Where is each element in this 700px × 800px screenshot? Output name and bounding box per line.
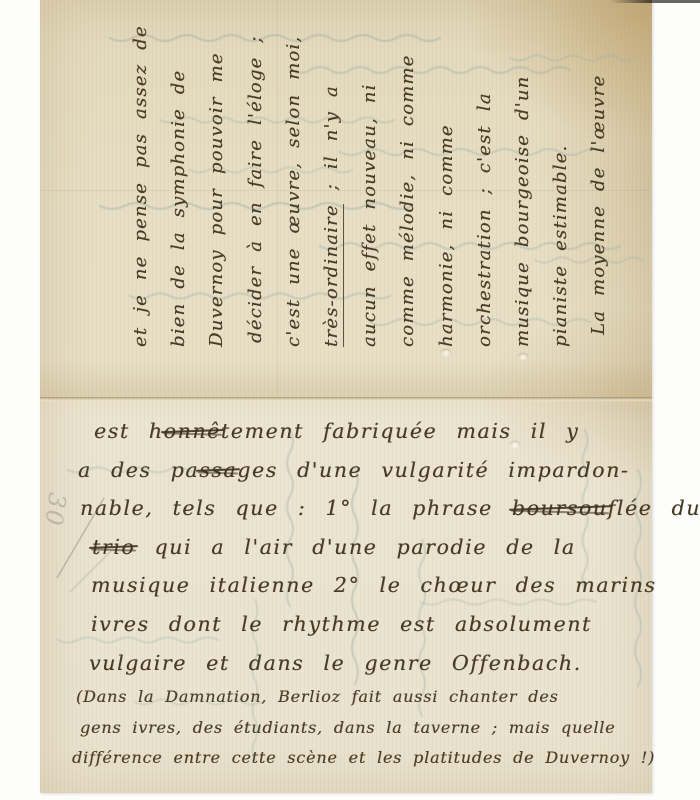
text-run: vulgaire et dans le genre Offenbach. xyxy=(89,651,582,675)
text-run: est h xyxy=(94,419,164,443)
scan-background: et je ne pense pas assez debien de la sy… xyxy=(0,0,700,800)
text-run: nable, tels que : 1° la phrase xyxy=(80,496,512,520)
struck-text-run: boursou xyxy=(512,496,608,520)
handwritten-line: gens ivres, des étudiants, dans la taver… xyxy=(80,713,676,744)
text-run: a des pa xyxy=(78,458,199,482)
handwritten-text-block: est honnêtement fabriquée mais il ya des… xyxy=(76,412,676,774)
handwritten-line: ivres dont le rhythme est absolument xyxy=(91,605,676,644)
text-run: gens ivres, des étudiants, dans la taver… xyxy=(80,718,615,737)
text-run: musique bourgeoise d'un xyxy=(512,76,533,347)
rotated-handwritten-line: harmonie, ni comme xyxy=(428,5,466,347)
fold-crease-main xyxy=(40,397,652,402)
struck-text-run: ssa xyxy=(199,458,237,482)
text-run: orchestration ; c'est la xyxy=(474,92,495,347)
text-run: bien de la symphonie de xyxy=(168,70,189,347)
struck-text-run: trio xyxy=(92,535,135,559)
handwritten-line: musique italienne 2° le chœur des marins xyxy=(91,566,676,605)
rotated-handwritten-line: musique bourgeoise d'un xyxy=(504,5,542,347)
text-run: comme mélodie, ni comme xyxy=(397,55,418,348)
handwritten-line: différence entre cette scène et les plat… xyxy=(72,743,676,774)
text-run: ges d'une vulgarité impardon- xyxy=(237,458,629,482)
rotated-handwritten-line: Duvernoy pour pouvoir me xyxy=(198,5,236,347)
text-run: qui a l'air d'une parodie de la xyxy=(135,535,575,559)
handwritten-line: a des passages d'une vulgarité impardon- xyxy=(78,451,676,490)
paper-dimple xyxy=(441,350,451,357)
handwritten-line: trio qui a l'air d'une parodie de la xyxy=(92,528,676,567)
handwritten-line: vulgaire et dans le genre Offenbach. xyxy=(89,644,676,683)
text-run: aucun effet nouveau, ni xyxy=(359,84,380,347)
rotated-handwritten-line: comme mélodie, ni comme xyxy=(389,5,427,347)
handwritten-line: (Dans la Damnation, Berlioz fait aussi c… xyxy=(76,682,676,713)
rotated-handwritten-line: décider à en faire l'éloge ; xyxy=(237,5,275,347)
text-run: La moyenne de l'œuvre xyxy=(588,75,609,335)
rotated-handwritten-line: très-ordinaire ; il n'y a xyxy=(313,5,351,347)
rotated-handwritten-line: aucun effet nouveau, ni xyxy=(351,5,389,347)
text-run: harmonie, ni comme xyxy=(436,124,457,347)
rotated-handwritten-text-block: et je ne pense pas assez debien de la sy… xyxy=(122,5,619,347)
paper-edge-shadow xyxy=(610,0,652,3)
handwritten-line: est honnêtement fabriquée mais il y xyxy=(94,412,676,451)
paper-dimple xyxy=(518,354,528,361)
text-run: tement fabriquée mais il y xyxy=(221,419,579,443)
underl-text-run: très-ordinaire xyxy=(321,204,344,347)
text-run: flée du xyxy=(608,496,700,520)
rotated-handwritten-line: La moyenne de l'œuvre xyxy=(580,5,618,347)
rotated-handwritten-line: pianiste estimable. xyxy=(542,5,580,347)
text-run: décider à en faire l'éloge ; xyxy=(245,35,266,343)
rotated-handwritten-line: bien de la symphonie de xyxy=(160,5,198,347)
text-run: Duvernoy pour pouvoir me xyxy=(206,52,227,347)
text-run: pianiste estimable. xyxy=(550,145,571,347)
text-run: différence entre cette scène et les plat… xyxy=(72,748,655,767)
text-run: et je ne pense pas assez de xyxy=(130,25,151,347)
text-run: ; il n'y a xyxy=(321,85,342,204)
fold-shadow-band xyxy=(40,360,652,397)
letter-sheet: et je ne pense pas assez debien de la sy… xyxy=(40,0,652,793)
scan-edge-shadow xyxy=(650,0,700,3)
text-run: (Dans la Damnation, Berlioz fait aussi c… xyxy=(76,687,558,706)
rotated-handwritten-line: orchestration ; c'est la xyxy=(466,5,504,347)
text-run: musique italienne 2° le chœur des marins xyxy=(91,573,657,597)
text-run: c'est une œuvre, selon moi, xyxy=(283,36,304,347)
text-run: ivres dont le rhythme est absolument xyxy=(91,612,592,636)
rotated-handwritten-line: c'est une œuvre, selon moi, xyxy=(275,5,313,347)
pencil-margin-note: 30 xyxy=(39,491,72,529)
struck-text-run: onnê xyxy=(164,419,221,443)
handwritten-line: nable, tels que : 1° la phrase boursoufl… xyxy=(80,489,676,528)
rotated-handwritten-line: et je ne pense pas assez de xyxy=(122,5,160,347)
